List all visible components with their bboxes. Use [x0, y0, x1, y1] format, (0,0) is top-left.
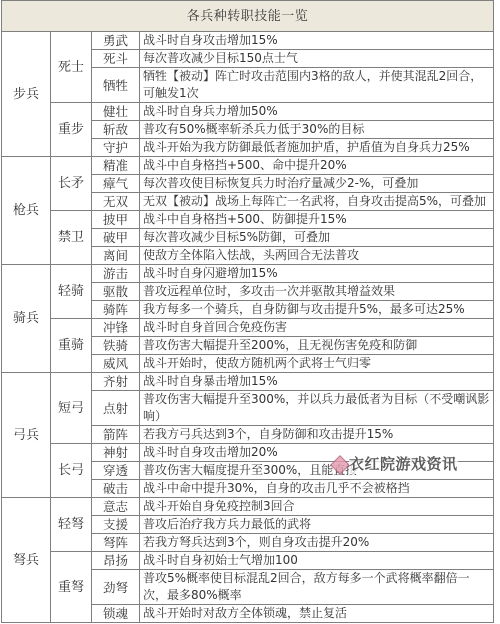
class-name: 重弩	[51, 552, 92, 623]
skill-name: 点射	[92, 391, 140, 426]
class-name: 轻弩	[51, 498, 92, 552]
troop-type: 骑兵	[2, 265, 51, 373]
skill-desc: 普攻有50%概率斩杀兵力低于30%的目标	[140, 121, 494, 139]
skill-name: 劲弩	[92, 570, 140, 605]
skill-desc: 战斗时自身攻击增加15%	[140, 32, 494, 50]
skill-desc: 普攻伤害大幅度提升至300%，且能直接	[140, 462, 494, 480]
skill-name: 破击	[92, 480, 140, 498]
skill-name: 齐射	[92, 373, 140, 391]
skill-desc: 普攻远程单位时，多攻击一次并驱散其增益效果	[140, 283, 494, 301]
troop-type: 步兵	[2, 32, 51, 157]
skill-name: 意志	[92, 498, 140, 516]
skill-name: 神射	[92, 444, 140, 462]
skill-name: 勇武	[92, 32, 140, 50]
class-name: 短弓	[51, 373, 92, 444]
skill-name: 瘴气	[92, 175, 140, 193]
skill-desc: 无双【被动】战场上每阵亡一名武将，自身攻击提高5%，可叠加	[140, 193, 494, 211]
skill-desc: 每次普攻减少目标5%防御，可叠加	[140, 229, 494, 247]
skill-desc: 战斗中自身格挡+500、命中提升20%	[140, 157, 494, 175]
skill-desc: 普攻后治疗我方兵力最低的武将	[140, 516, 494, 534]
class-name: 禁卫	[51, 211, 92, 265]
skill-desc: 牺牲【被动】阵亡时攻击范围内3格的敌人，并使其混乱2回合，可触发1次	[140, 68, 494, 103]
skill-desc: 战斗时自身攻击增加20%	[140, 444, 494, 462]
skill-desc: 普攻伤害大幅提升至300%，并以兵力最低者为目标（不受嘲讽影响）	[140, 391, 494, 426]
class-name: 死士	[51, 32, 92, 103]
skill-desc: 普攻伤害大幅提升至200%，且无视伤害免疫和防御	[140, 337, 494, 355]
skill-name: 死斗	[92, 50, 140, 68]
skill-name: 斩敌	[92, 121, 140, 139]
skill-desc: 我方每多一个骑兵，自身防御与攻击提升5%，最多可达25%	[140, 301, 494, 319]
skill-name: 破甲	[92, 229, 140, 247]
class-name: 长矛	[51, 157, 92, 211]
skill-desc: 战斗时自身闪避增加15%	[140, 265, 494, 283]
troop-type: 弩兵	[2, 498, 51, 623]
skill-name: 锁魂	[92, 605, 140, 623]
skill-table: 各兵种转职技能一览 步兵 死士 勇武 战斗时自身攻击增加15% 死斗 每次普攻减…	[1, 0, 494, 623]
skill-desc: 战斗时自身初始士气增加100	[140, 552, 494, 570]
troop-type: 枪兵	[2, 157, 51, 265]
class-name: 重骑	[51, 319, 92, 373]
skill-desc: 普攻5%概率使目标混乱2回合，敌方每多一个武将概率翻倍一次，最多80%概率	[140, 570, 494, 605]
class-name: 长弓	[51, 444, 92, 498]
skill-name: 精准	[92, 157, 140, 175]
skill-desc: 战斗开始自身免疫控制3回合	[140, 498, 494, 516]
skill-name: 威风	[92, 355, 140, 373]
skill-name: 离间	[92, 247, 140, 265]
skill-name: 穿透	[92, 462, 140, 480]
skill-desc: 战斗开始时，使敌方随机两个武将士气归零	[140, 355, 494, 373]
skill-name: 昂扬	[92, 552, 140, 570]
skill-name: 箭阵	[92, 426, 140, 444]
class-name: 重步	[51, 103, 92, 157]
skill-desc: 战斗时自身首回合免疫伤害	[140, 319, 494, 337]
troop-type: 弓兵	[2, 373, 51, 498]
class-name: 轻骑	[51, 265, 92, 319]
skill-desc: 若我方弓兵达到3个，自身防御和攻击提升15%	[140, 426, 494, 444]
skill-name: 无双	[92, 193, 140, 211]
skill-name: 骑阵	[92, 301, 140, 319]
skill-desc: 战斗中命中提升30%，自身的攻击几乎不会被格挡	[140, 480, 494, 498]
skill-table-sheet: 各兵种转职技能一览 步兵 死士 勇武 战斗时自身攻击增加15% 死斗 每次普攻减…	[1, 0, 493, 623]
skill-name: 游击	[92, 265, 140, 283]
skill-desc: 战斗时自身暴击增加15%	[140, 373, 494, 391]
skill-name: 铁骑	[92, 337, 140, 355]
skill-desc: 战斗中自身格挡+500、防御提升15%	[140, 211, 494, 229]
skill-desc: 战斗开始时对敌方全体锁魂，禁止复活	[140, 605, 494, 623]
skill-desc: 战斗开始为我方防御最低者施加护盾，护盾值为自身兵力25%	[140, 139, 494, 157]
skill-desc: 战斗时自身兵力增加50%	[140, 103, 494, 121]
skill-desc: 使敌方全体陷入怯战，头两回合无法普攻	[140, 247, 494, 265]
skill-name: 牺牲	[92, 68, 140, 103]
skill-desc: 每次普攻减少目标150点士气	[140, 50, 494, 68]
skill-name: 驱散	[92, 283, 140, 301]
skill-name: 支援	[92, 516, 140, 534]
skill-desc: 若我方弩兵达到3个，则自身攻击提升20%	[140, 534, 494, 552]
skill-name: 健壮	[92, 103, 140, 121]
table-title: 各兵种转职技能一览	[2, 1, 494, 32]
skill-name: 弩阵	[92, 534, 140, 552]
skill-name: 冲锋	[92, 319, 140, 337]
skill-name: 披甲	[92, 211, 140, 229]
skill-desc: 每次普攻使目标恢复兵力时治疗量减少2-%，可叠加	[140, 175, 494, 193]
skill-name: 守护	[92, 139, 140, 157]
